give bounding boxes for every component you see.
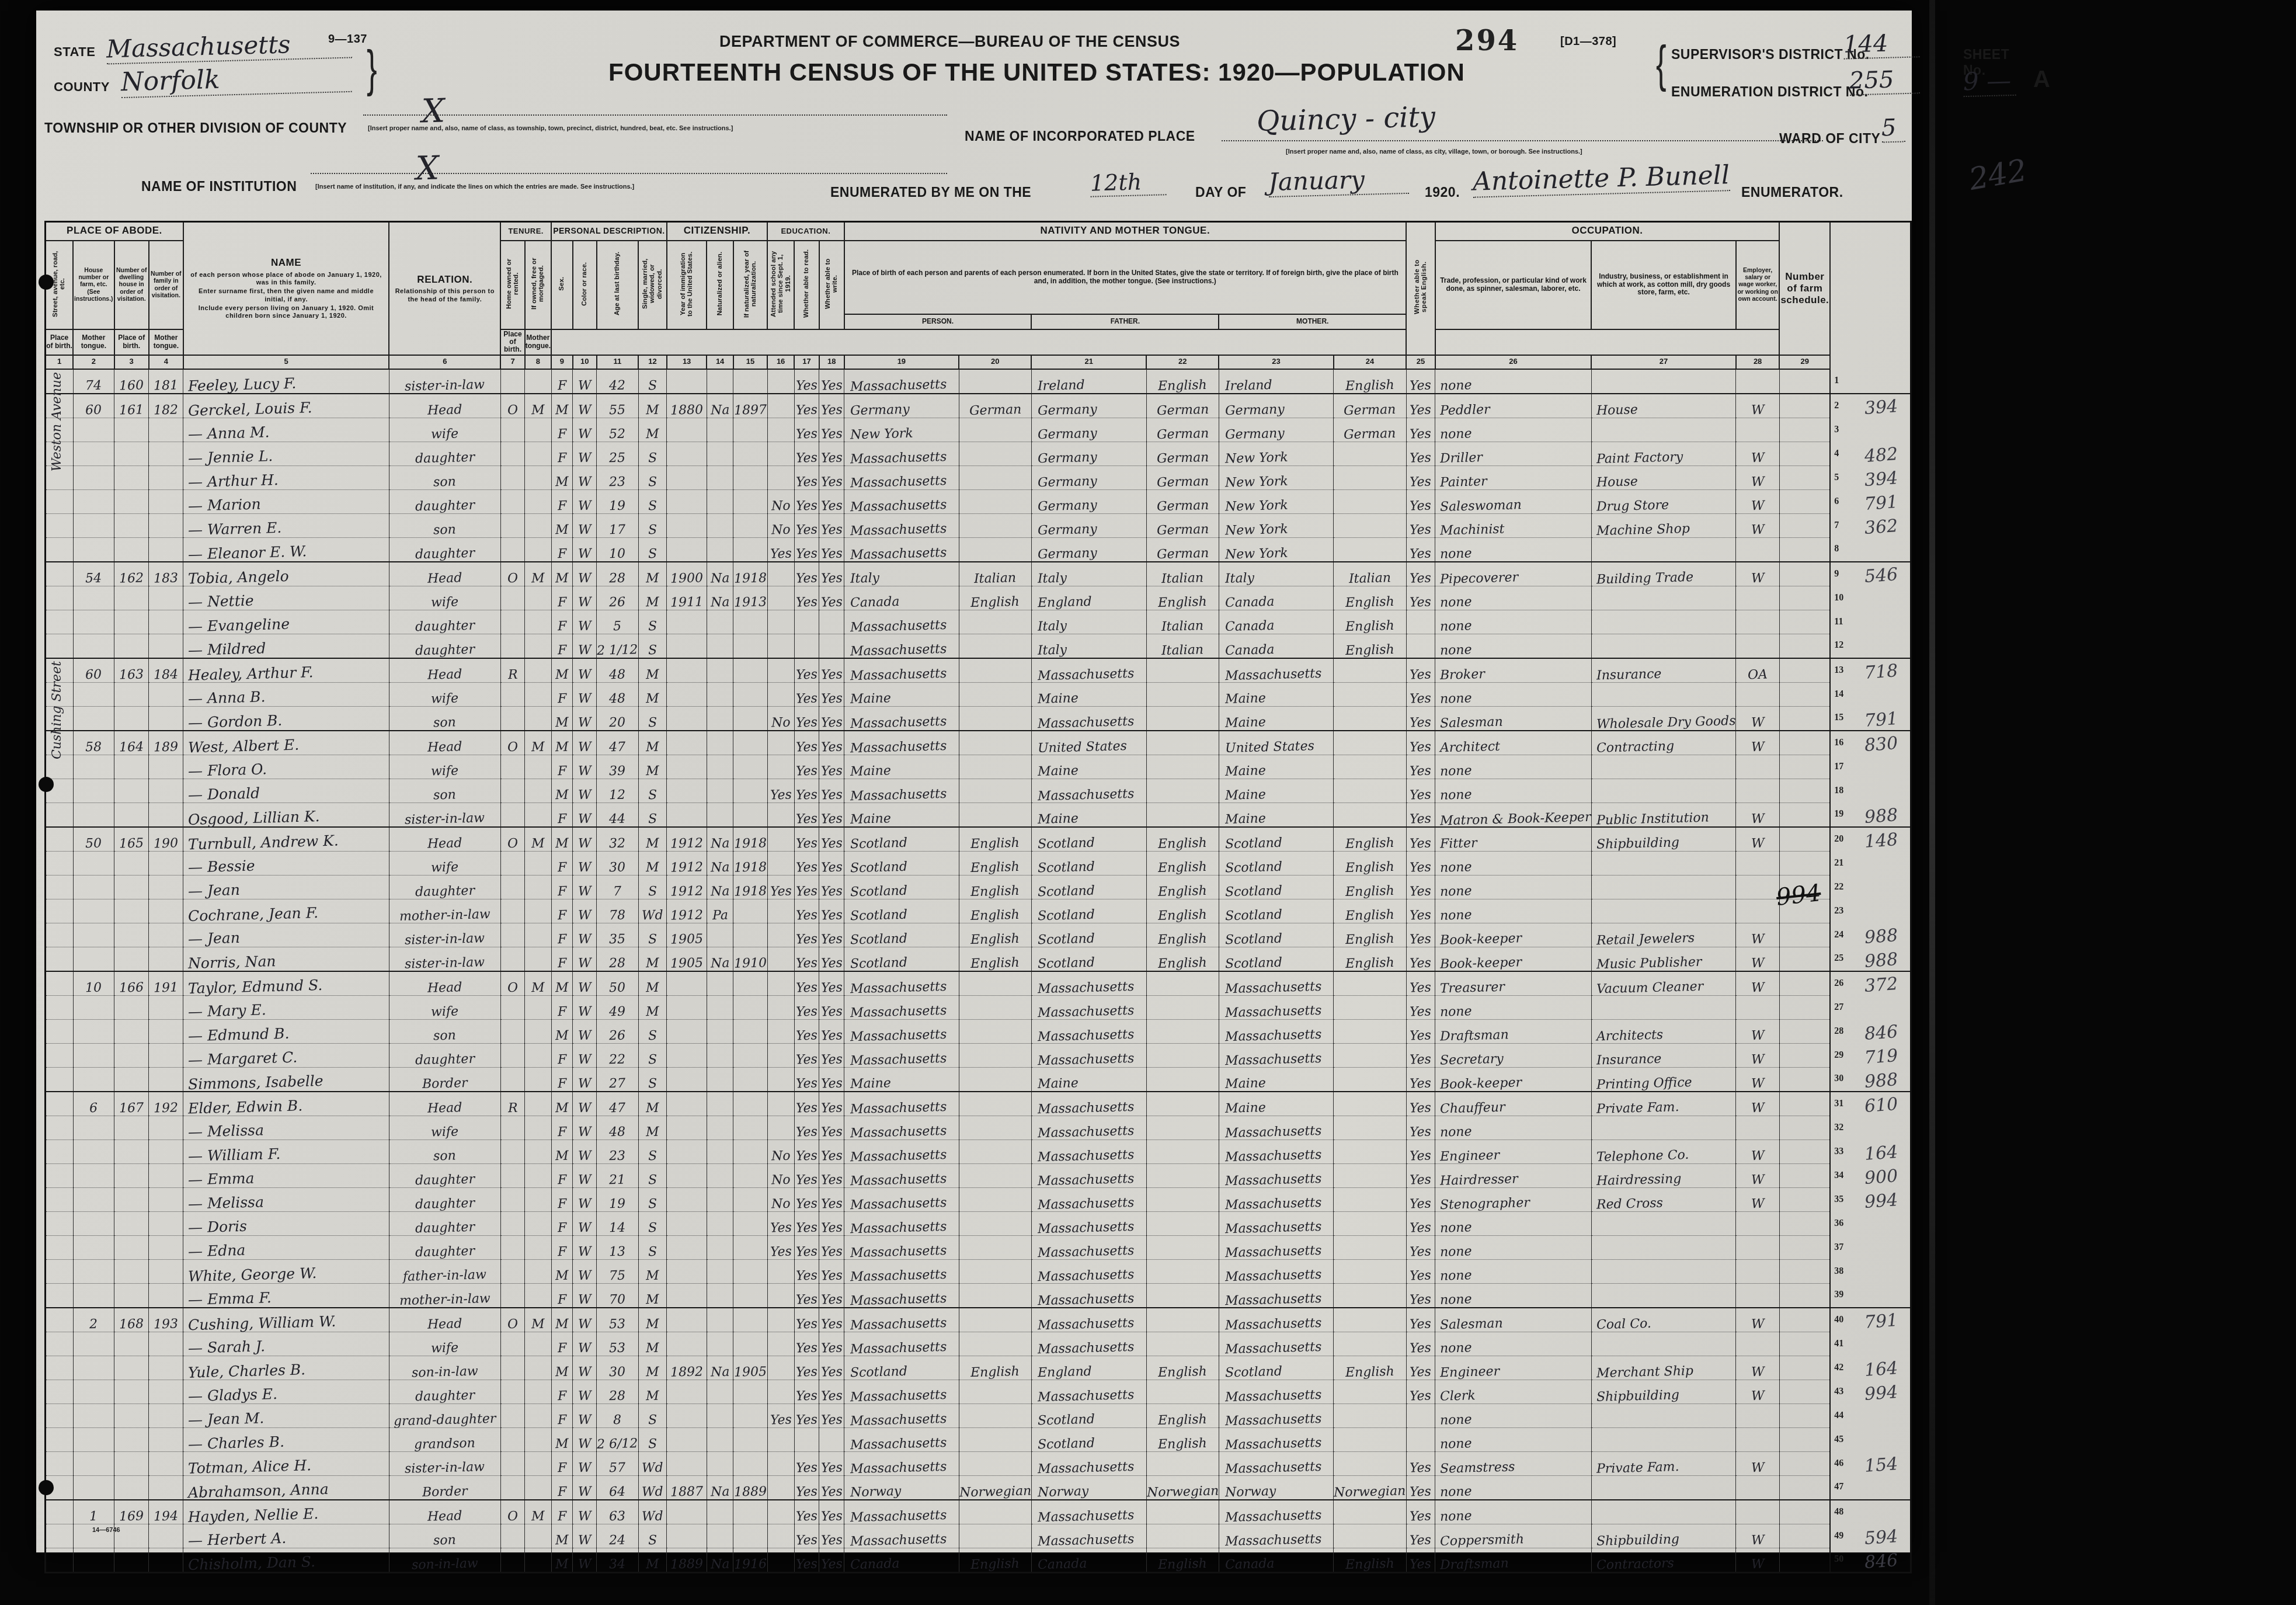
cell-col11: 48 xyxy=(597,682,638,706)
cell-col22 xyxy=(1146,1140,1219,1163)
cell-col26: Engineer xyxy=(1435,1140,1592,1163)
cell-col27: Machine Shop xyxy=(1591,513,1736,537)
cell-col22: German xyxy=(1146,489,1219,513)
cell-col25: Yes xyxy=(1406,1548,1435,1572)
cell-col28 xyxy=(1736,995,1780,1019)
cell-col4 xyxy=(149,1380,183,1403)
col-number: 9 xyxy=(551,355,573,369)
cell-col8 xyxy=(525,513,551,537)
cell-col13: 1889 xyxy=(667,1548,707,1572)
table-row: 1169194Hayden, Nellie E.HeadOMFW63WdYesY… xyxy=(46,1500,1911,1524)
margin-number-cell xyxy=(1852,899,1911,923)
cell-col7 xyxy=(500,995,524,1019)
cell-col25: Yes xyxy=(1406,465,1435,489)
cell-col26: Architect xyxy=(1435,731,1592,755)
cell-col20 xyxy=(959,1187,1031,1211)
margin-number-cell: 594 xyxy=(1852,1524,1911,1548)
cell-col2 xyxy=(73,1067,114,1092)
cell-col11: 48 xyxy=(597,1116,638,1140)
table-row: 54162183Tobia, AngeloHeadOMMW28M1900Na19… xyxy=(46,562,1911,586)
cell-col19: Massachusetts xyxy=(844,779,959,802)
group-citizenship: CITIZENSHIP. xyxy=(667,222,767,241)
col-number: 23 xyxy=(1219,355,1334,369)
township-label: TOWNSHIP OR OTHER DIVISION OF COUNTY xyxy=(44,120,347,136)
cell-col24 xyxy=(1334,658,1406,683)
cell-col13 xyxy=(667,1332,707,1356)
cell-col2 xyxy=(73,1427,114,1451)
cell-col19: Scotland xyxy=(844,923,959,947)
cell-col15 xyxy=(733,418,767,442)
cell-col28 xyxy=(1736,1283,1780,1308)
cell-col14 xyxy=(707,1092,733,1116)
cell-col11: 2 1/12 xyxy=(597,634,638,658)
cell-col16: Yes xyxy=(767,875,794,899)
cell-col7 xyxy=(500,682,524,706)
line-number: 45 xyxy=(1830,1427,1852,1451)
cell-col5: — William F. xyxy=(183,1140,389,1163)
cell-col7 xyxy=(500,537,524,562)
cell-col6: son xyxy=(389,706,500,731)
margin-number-cell: 846 xyxy=(1852,1548,1911,1572)
cell-col1 xyxy=(46,1427,74,1451)
cell-col9: F xyxy=(551,1332,573,1356)
table-row: — MariondaughterFW19SNoYesYesMassachuset… xyxy=(46,489,1911,513)
cell-col17: Yes xyxy=(794,1163,819,1187)
cell-col2: 60 xyxy=(73,658,114,683)
cell-col26: none xyxy=(1435,1403,1592,1427)
cell-col17: Yes xyxy=(794,851,819,875)
cell-col8: M xyxy=(525,971,551,996)
cell-col9: M xyxy=(551,1427,573,1451)
cell-col8 xyxy=(525,1019,551,1043)
cell-col8 xyxy=(525,1332,551,1356)
line-number: 6 xyxy=(1830,489,1852,513)
cell-col12: S xyxy=(638,923,667,947)
cell-col6: daughter xyxy=(389,537,500,562)
cell-col16 xyxy=(767,1092,794,1116)
cell-col13: 1905 xyxy=(667,947,707,971)
cell-col26: none xyxy=(1435,586,1592,610)
cell-col29 xyxy=(1779,513,1830,537)
cell-col22: Italian xyxy=(1146,610,1219,634)
line-number: 11 xyxy=(1830,610,1852,634)
cell-col26: Chauffeur xyxy=(1435,1092,1592,1116)
cell-col3: 164 xyxy=(114,731,149,755)
cell-col24 xyxy=(1334,1500,1406,1524)
cell-col5: Taylor, Edmund S. xyxy=(183,971,389,996)
col-number: 12 xyxy=(638,355,667,369)
cell-col8 xyxy=(525,682,551,706)
cell-col3 xyxy=(114,1427,149,1451)
cell-col29 xyxy=(1779,1500,1830,1524)
cell-col13: 1912 xyxy=(667,899,707,923)
cell-col26: none xyxy=(1435,369,1592,394)
cell-col19: Massachusetts xyxy=(844,731,959,755)
cell-col19: Scotland xyxy=(844,851,959,875)
cell-col11: 25 xyxy=(597,442,638,465)
cell-col16: No xyxy=(767,1140,794,1163)
line-number: 31 xyxy=(1830,1092,1852,1116)
line-number: 10 xyxy=(1830,586,1852,610)
cell-col17: Yes xyxy=(794,682,819,706)
cell-col2 xyxy=(73,489,114,513)
cell-col24 xyxy=(1334,1092,1406,1116)
cell-col14 xyxy=(707,802,733,827)
left-brace: } xyxy=(367,39,377,98)
cell-col8 xyxy=(525,1187,551,1211)
cell-col17: Yes xyxy=(794,1187,819,1211)
cell-col27 xyxy=(1591,369,1736,394)
cell-col4 xyxy=(149,634,183,658)
cell-col2 xyxy=(73,1475,114,1500)
cell-col3 xyxy=(114,1259,149,1283)
cell-col19: Massachusetts xyxy=(844,1211,959,1235)
cell-col25 xyxy=(1406,610,1435,634)
table-row: — Anna B.wifeFW48MYesYesMaineMaineMaineY… xyxy=(46,682,1911,706)
cell-col26: none xyxy=(1435,1283,1592,1308)
cell-col6: Head xyxy=(389,1500,500,1524)
cell-col14: Pa xyxy=(707,899,733,923)
col-number: 4 xyxy=(149,355,183,369)
cell-col29 xyxy=(1779,827,1830,852)
cell-col10: W xyxy=(573,875,597,899)
cell-col29 xyxy=(1779,1356,1830,1380)
cell-col21: Norway xyxy=(1031,1475,1146,1500)
cell-col14: Na xyxy=(707,1548,733,1572)
cell-col14 xyxy=(707,1308,733,1332)
cell-col18: Yes xyxy=(819,1163,844,1187)
cell-col9: F xyxy=(551,923,573,947)
cell-col1 xyxy=(46,1403,74,1427)
cell-col18: Yes xyxy=(819,658,844,683)
cell-col2 xyxy=(73,1140,114,1163)
cell-col13 xyxy=(667,537,707,562)
cell-col2 xyxy=(73,875,114,899)
cell-col16: No xyxy=(767,489,794,513)
cell-col23: Scotland xyxy=(1219,1356,1334,1380)
cell-col5: — Edna xyxy=(183,1235,389,1259)
cell-col18: Yes xyxy=(819,875,844,899)
cell-col12: M xyxy=(638,418,667,442)
cell-col12: M xyxy=(638,1356,667,1380)
table-row: — Sarah J.wifeFW53MYesYesMassachusettsMa… xyxy=(46,1332,1911,1356)
cell-col14 xyxy=(707,1500,733,1524)
cell-col15 xyxy=(733,1380,767,1403)
cell-col22 xyxy=(1146,658,1219,683)
cell-col8 xyxy=(525,1524,551,1548)
cell-col8 xyxy=(525,1163,551,1187)
cell-col19: Massachusetts xyxy=(844,1019,959,1043)
cell-col10: W xyxy=(573,418,597,442)
cell-col5: — Jean xyxy=(183,923,389,947)
table-row: Osgood, Lillian K.sister-in-lawFW44SYesY… xyxy=(46,802,1911,827)
line-number: 19 xyxy=(1830,802,1852,827)
cell-col17: Yes xyxy=(794,1019,819,1043)
cell-col13 xyxy=(667,658,707,683)
cell-col16: No xyxy=(767,513,794,537)
cell-col8 xyxy=(525,875,551,899)
cell-col25: Yes xyxy=(1406,1524,1435,1548)
cell-col5: — Margaret C. xyxy=(183,1043,389,1067)
cell-col10: W xyxy=(573,1092,597,1116)
cell-col26: Saleswoman xyxy=(1435,489,1592,513)
cell-col10: W xyxy=(573,1451,597,1475)
cell-col20 xyxy=(959,1427,1031,1451)
cell-col22: English xyxy=(1146,1427,1219,1451)
line-number: 7 xyxy=(1830,513,1852,537)
cell-col27: Printing Office xyxy=(1591,1067,1736,1092)
cell-col13 xyxy=(667,1283,707,1308)
cell-col12: S xyxy=(638,634,667,658)
cell-col10: W xyxy=(573,1380,597,1403)
cell-col6: father-in-law xyxy=(389,1259,500,1283)
cell-col28: W xyxy=(1736,706,1780,731)
institution-note: [Insert name of institution, if any, and… xyxy=(315,183,634,190)
cell-col18: Yes xyxy=(819,537,844,562)
cell-col14 xyxy=(707,658,733,683)
cell-col14 xyxy=(707,971,733,996)
cell-col27: Wholesale Dry Goods xyxy=(1591,706,1736,731)
cell-col10: W xyxy=(573,537,597,562)
cell-col11: 23 xyxy=(597,1140,638,1163)
cell-col29 xyxy=(1779,1211,1830,1235)
cell-col29 xyxy=(1779,755,1830,779)
cell-col28: W xyxy=(1736,1524,1780,1548)
cell-col29 xyxy=(1779,779,1830,802)
state-label: STATE xyxy=(54,44,95,60)
cell-col13 xyxy=(667,1235,707,1259)
margin-number-cell: 791 xyxy=(1852,1308,1911,1332)
cell-col20 xyxy=(959,537,1031,562)
cell-col11: 26 xyxy=(597,586,638,610)
table-row: White, George W.father-in-lawMW75MYesYes… xyxy=(46,1259,1911,1283)
cell-col12: S xyxy=(638,1043,667,1067)
cell-col4: 191 xyxy=(149,971,183,996)
cell-col28: W xyxy=(1736,1043,1780,1067)
cell-col13 xyxy=(667,706,707,731)
cell-col15 xyxy=(733,1283,767,1308)
cell-col3 xyxy=(114,802,149,827)
cell-col1 xyxy=(46,923,74,947)
cell-col16 xyxy=(767,682,794,706)
cell-col6: son-in-law xyxy=(389,1356,500,1380)
cell-col24: English xyxy=(1334,827,1406,852)
cell-col26: Salesman xyxy=(1435,1308,1592,1332)
cell-col23: Massachusetts xyxy=(1219,1283,1334,1308)
margin-number-cell: 362 xyxy=(1852,513,1911,537)
group-education: EDUCATION. xyxy=(767,222,844,241)
table-row: — NettiewifeFW26M1911Na1913YesYesCanadaE… xyxy=(46,586,1911,610)
cell-col29 xyxy=(1779,1332,1830,1356)
cell-col27: Shipbuilding xyxy=(1591,1524,1736,1548)
cell-col29 xyxy=(1779,1235,1830,1259)
cell-col6: mother-in-law xyxy=(389,1283,500,1308)
cell-col26: Painter xyxy=(1435,465,1592,489)
cell-col6: Head xyxy=(389,394,500,418)
cell-col21: Massachusetts xyxy=(1031,1116,1146,1140)
cell-col20 xyxy=(959,465,1031,489)
cell-col3 xyxy=(114,1548,149,1572)
cell-col22 xyxy=(1146,1332,1219,1356)
cell-col4 xyxy=(149,851,183,875)
cell-col24 xyxy=(1334,731,1406,755)
line-number: 1 xyxy=(1830,369,1852,394)
cell-col4 xyxy=(149,537,183,562)
cell-col5: — Jean xyxy=(183,875,389,899)
cell-col19: Germany xyxy=(844,394,959,418)
line-number: 2 xyxy=(1830,394,1852,418)
cell-col25: Yes xyxy=(1406,755,1435,779)
cell-col13 xyxy=(667,755,707,779)
col-trade: Trade, profession, or particular kind of… xyxy=(1435,241,1592,329)
cell-col4 xyxy=(149,1187,183,1211)
cell-col20 xyxy=(959,1043,1031,1067)
margin-number-cell xyxy=(1852,875,1911,899)
cell-col29 xyxy=(1779,369,1830,394)
cell-col24: English xyxy=(1334,610,1406,634)
cell-col22 xyxy=(1146,1043,1219,1067)
cell-col27 xyxy=(1591,537,1736,562)
cell-col22: English xyxy=(1146,1403,1219,1427)
cell-col5: Cochrane, Jean F. xyxy=(183,899,389,923)
cell-col7 xyxy=(500,1259,524,1283)
cell-col13 xyxy=(667,369,707,394)
cell-col17: Yes xyxy=(794,1548,819,1572)
margin-number-cell xyxy=(1852,418,1911,442)
cell-col1 xyxy=(46,1380,74,1403)
cell-col27 xyxy=(1591,1211,1736,1235)
cell-col12: S xyxy=(638,1067,667,1092)
cell-col2 xyxy=(73,1116,114,1140)
cell-col3 xyxy=(114,1235,149,1259)
father-mt: Mother tongue. xyxy=(149,329,183,355)
cell-col15 xyxy=(733,610,767,634)
cell-col26: none xyxy=(1435,779,1592,802)
cell-col19: Massachusetts xyxy=(844,706,959,731)
cell-col1 xyxy=(46,851,74,875)
cell-col29 xyxy=(1779,1043,1830,1067)
cell-col8 xyxy=(525,1548,551,1572)
cell-col10: W xyxy=(573,682,597,706)
cell-col13 xyxy=(667,995,707,1019)
cell-col4 xyxy=(149,947,183,971)
cell-col22 xyxy=(1146,1092,1219,1116)
cell-col29 xyxy=(1779,1548,1830,1572)
cell-col5: Osgood, Lillian K. xyxy=(183,802,389,827)
cell-col3 xyxy=(114,1163,149,1187)
cell-col9: F xyxy=(551,1043,573,1067)
cell-col7 xyxy=(500,1140,524,1163)
col-naturalized: Naturalized or alien. xyxy=(707,241,733,329)
cell-col14 xyxy=(707,995,733,1019)
cell-col14 xyxy=(707,442,733,465)
cell-col20 xyxy=(959,1283,1031,1308)
col-number: 14 xyxy=(707,355,733,369)
cell-col23: Germany xyxy=(1219,394,1334,418)
cell-col16 xyxy=(767,971,794,996)
line-number: 30 xyxy=(1830,1067,1852,1092)
cell-col13 xyxy=(667,1403,707,1427)
cell-col11: 27 xyxy=(597,1067,638,1092)
cell-col18: Yes xyxy=(819,1140,844,1163)
cell-col9: F xyxy=(551,586,573,610)
cell-col29 xyxy=(1779,1380,1830,1403)
cell-col12: M xyxy=(638,755,667,779)
cell-col23: Scotland xyxy=(1219,899,1334,923)
cell-col11: 19 xyxy=(597,489,638,513)
cell-col11: 8 xyxy=(597,1403,638,1427)
cell-col10: W xyxy=(573,802,597,827)
cell-col19: Canada xyxy=(844,586,959,610)
cell-col22 xyxy=(1146,1259,1219,1283)
cell-col11: 70 xyxy=(597,1283,638,1308)
cell-col29 xyxy=(1779,731,1830,755)
cell-col21: Scotland xyxy=(1031,1427,1146,1451)
line-number: 25 xyxy=(1830,947,1852,971)
cell-col4 xyxy=(149,489,183,513)
cell-col8 xyxy=(525,802,551,827)
cell-col14 xyxy=(707,513,733,537)
cell-col23: Massachusetts xyxy=(1219,1427,1334,1451)
cell-col21: England xyxy=(1031,586,1146,610)
col-number: 27 xyxy=(1591,355,1736,369)
cell-col7 xyxy=(500,1067,524,1092)
cell-col2 xyxy=(73,586,114,610)
cell-col6: wife xyxy=(389,755,500,779)
cell-col6: son xyxy=(389,1019,500,1043)
line-number: 29 xyxy=(1830,1043,1852,1067)
cell-col17: Yes xyxy=(794,1308,819,1332)
cell-col12: M xyxy=(638,947,667,971)
cell-col23: Scotland xyxy=(1219,851,1334,875)
line-number: 48 xyxy=(1830,1500,1852,1524)
cell-col16 xyxy=(767,562,794,586)
cell-col22 xyxy=(1146,1380,1219,1403)
cell-col17: Yes xyxy=(794,1380,819,1403)
cell-col20 xyxy=(959,802,1031,827)
cell-col8: M xyxy=(525,1308,551,1332)
cell-col2 xyxy=(73,537,114,562)
cell-col10: W xyxy=(573,1403,597,1427)
cell-col22: German xyxy=(1146,418,1219,442)
cell-col22 xyxy=(1146,1451,1219,1475)
cell-col3 xyxy=(114,1211,149,1235)
cell-col22: English xyxy=(1146,899,1219,923)
cell-col16 xyxy=(767,1380,794,1403)
cell-col14 xyxy=(707,1187,733,1211)
cell-col4: 190 xyxy=(149,827,183,852)
cell-col18: Yes xyxy=(819,1380,844,1403)
cell-col27 xyxy=(1591,586,1736,610)
table-row: 6167192Elder, Edwin B.HeadRMW47MYesYesMa… xyxy=(46,1092,1911,1116)
cell-col4 xyxy=(149,779,183,802)
cell-col7 xyxy=(500,875,524,899)
cell-col15 xyxy=(733,1043,767,1067)
line-number: 4 xyxy=(1830,442,1852,465)
table-row: — Jennie L.daughterFW25SYesYesMassachuse… xyxy=(46,442,1911,465)
cell-col11: 30 xyxy=(597,851,638,875)
cell-col25: Yes xyxy=(1406,537,1435,562)
margin-number-cell: 791 xyxy=(1852,489,1911,513)
cell-col7 xyxy=(500,1019,524,1043)
cell-col12: M xyxy=(638,658,667,683)
cell-col14 xyxy=(707,731,733,755)
cell-col26: none xyxy=(1435,1116,1592,1140)
cell-col26: none xyxy=(1435,1235,1592,1259)
cell-col4: 192 xyxy=(149,1092,183,1116)
cell-col23: Ireland xyxy=(1219,369,1334,394)
table-row: — Gordon B.sonMW20SNoYesYesMassachusetts… xyxy=(46,706,1911,731)
